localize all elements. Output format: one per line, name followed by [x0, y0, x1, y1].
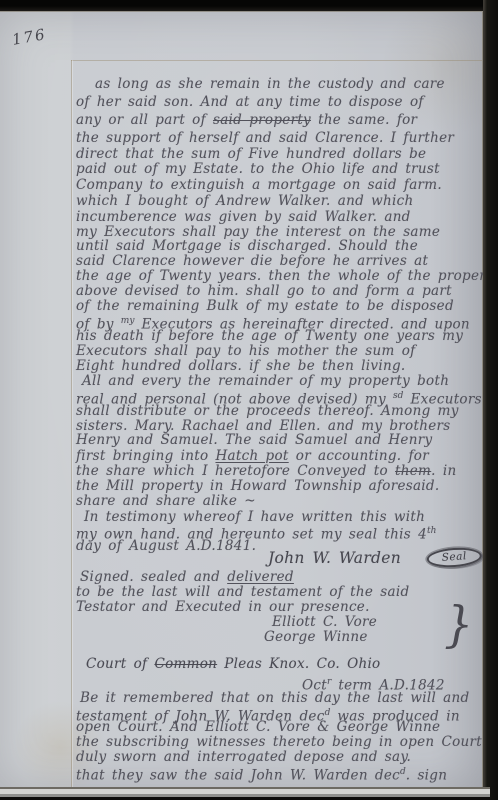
handwritten-line: Testator and Executed in our presence.: [76, 600, 370, 615]
handwritten-line: that they saw the said John W. Warden de…: [76, 765, 447, 784]
handwritten-line: Henry and Samuel. The said Samuel and He…: [76, 433, 432, 448]
handwritten-line: Executors shall pay to his mother the su…: [76, 344, 415, 359]
handwritten-line: day of August A.D.1841.: [76, 539, 256, 554]
handwritten-line: Elliott C. Vore: [272, 615, 377, 630]
handwritten-line: John W. WardenSeal: [268, 551, 482, 570]
handwritten-line: incumberence was given by said Walker. a…: [76, 210, 411, 225]
handwritten-line: share and share alike ~: [76, 494, 256, 509]
handwritten-line: open Court. And Elliott C. Vore & George…: [76, 720, 440, 735]
handwritten-line: to be the last will and testament of the…: [76, 585, 409, 600]
handwritten-line: Signed. sealed and delivered: [80, 570, 294, 585]
book-bottom-edge: [0, 787, 490, 800]
witness-brace: }: [444, 600, 473, 648]
handwritten-line: any or all part of said property the sam…: [76, 113, 417, 128]
handwritten-line: direct that the sum of Five hundred doll…: [76, 147, 426, 162]
handwritten-line: until said Mortgage is discharged. Shoul…: [76, 239, 418, 254]
handwritten-line: said Clarence however die before he arri…: [76, 254, 428, 269]
handwritten-line: the support of herself and said Clarence…: [76, 131, 454, 146]
handwritten-line: the age of Twenty years. then the whole …: [76, 269, 498, 284]
handwritten-line: of the remaining Bulk of my estate to be…: [76, 299, 454, 314]
handwritten-line: of her said son. And at any time to disp…: [76, 95, 424, 110]
handwritten-line: duly sworn and interrogated depose and s…: [76, 750, 411, 765]
handwritten-line: Court of Common Pleas Knox. Co. Ohio: [86, 657, 381, 672]
book-right-edge: [483, 0, 498, 800]
handwritten-line: paid out of my Estate. to the Ohio life …: [76, 162, 440, 177]
scanned-will-record-page: 176 as long as she remain in the custody…: [0, 0, 498, 800]
handwritten-line: the share which I heretofore Conveyed to…: [76, 464, 456, 479]
handwritten-line: All and every the remainder of my proper…: [82, 374, 449, 389]
handwritten-line: which I bought of Andrew Walker. and whi…: [76, 194, 413, 209]
handwritten-line: the Mill property in Howard Township afo…: [76, 479, 439, 494]
handwritten-line: shall distribute or the proceeds thereof…: [76, 404, 459, 419]
handwritten-line: above devised to him. shall go to and fo…: [76, 284, 452, 299]
handwritten-line: Company to extinguish a mortgage on said…: [76, 178, 442, 193]
handwritten-line: Be it remembered that on this day the la…: [80, 691, 469, 706]
handwritten-line: George Winne: [264, 630, 368, 645]
handwritten-line: as long as she remain in the custody and…: [95, 77, 445, 92]
handwriting-block: as long as she remain in the custody and…: [0, 0, 498, 800]
handwritten-line: In testimony whereof I have written this…: [84, 510, 425, 525]
seal-scribble: Seal: [426, 546, 482, 569]
handwritten-line: first bringing into Hatch pot or account…: [76, 449, 429, 464]
handwritten-line: Eight hundred dollars. if she be then li…: [76, 359, 405, 374]
handwritten-line: his death if before the age of Twenty on…: [76, 329, 463, 344]
handwritten-line: the subscribing witnesses thereto being …: [76, 735, 482, 750]
